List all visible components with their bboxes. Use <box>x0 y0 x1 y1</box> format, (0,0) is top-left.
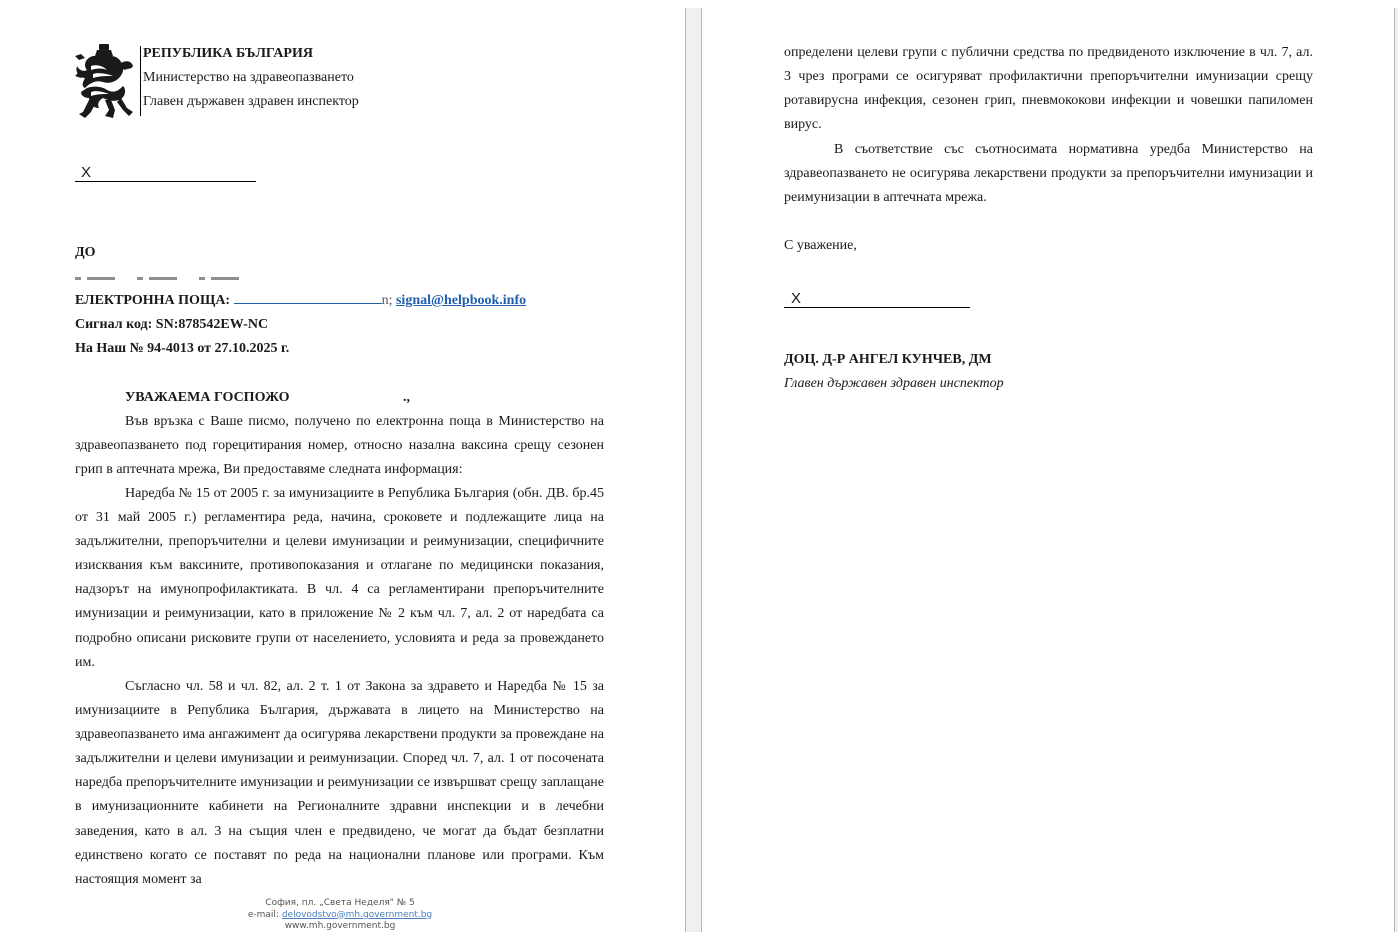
signature-placeholder-mark-2: X <box>791 291 801 307</box>
signal-code: Сигнал код: SN:878542EW-NC <box>75 313 268 337</box>
salutation-tail: ., <box>403 390 410 405</box>
page-footer: София, пл. „Света Неделя" № 5 e-mail: de… <box>200 898 480 932</box>
page-gutter <box>685 8 702 932</box>
letterhead-country: РЕПУБЛИКА БЪЛГАРИЯ <box>143 42 359 66</box>
footer-email-link[interactable]: delovodstvo@mh.government.bg <box>282 910 432 920</box>
redacted-recipient-name <box>75 277 255 280</box>
signature-line-2 <box>784 307 970 308</box>
header-divider <box>140 46 141 116</box>
letterhead-office: Главен държавен здравен инспектор <box>143 90 359 114</box>
letterhead: РЕПУБЛИКА БЪЛГАРИЯ Министерство на здрав… <box>143 42 359 114</box>
letterhead-ministry: Министерство на здравеопазването <box>143 66 359 90</box>
footer-website: www.mh.government.bg <box>200 921 480 932</box>
signature-placeholder-mark: X <box>81 165 91 181</box>
closing: С уважение, <box>784 234 857 258</box>
footer-email-row: e-mail: delovodstvo@mh.government.bg <box>200 910 480 922</box>
signatory-title: Главен държавен здравен инспектор <box>784 372 1004 396</box>
salutation-text: УВАЖАЕМА ГОСПОЖО <box>125 390 293 405</box>
paragraph-regulation: Наредба № 15 от 2005 г. за имунизациите … <box>75 482 604 675</box>
bulgarian-lion-coat-of-arms-icon <box>75 42 135 120</box>
paragraph-conclusion: В съответствие със съотносимата норматив… <box>784 138 1313 210</box>
document-page-1: РЕПУБЛИКА БЪЛГАРИЯ Министерство на здрав… <box>0 0 685 932</box>
signature-line <box>75 181 256 182</box>
redacted-email-tail: n; <box>382 293 393 308</box>
redacted-email-link[interactable] <box>234 291 382 304</box>
recipient-to-label: ДО <box>75 241 96 265</box>
salutation: УВАЖАЕМА ГОСПОЖО ., <box>125 386 410 410</box>
recipient-email-row: ЕЛЕКТРОННА ПОЩА: n; signal@helpbook.info <box>75 289 526 313</box>
footer-address: София, пл. „Света Неделя" № 5 <box>200 898 480 910</box>
email-label: ЕЛЕКТРОННА ПОЩА: <box>75 293 230 308</box>
signatory-name: ДОЦ. Д-Р АНГЕЛ КУНЧЕВ, ДМ <box>784 348 992 372</box>
signal-email-link[interactable]: signal@helpbook.info <box>396 293 526 308</box>
paragraph-law: Съгласно чл. 58 и чл. 82, ал. 2 т. 1 от … <box>75 675 604 892</box>
reference-number: На Наш № 94-4013 от 27.10.2025 г. <box>75 337 289 361</box>
paragraph-continuation: определени целеви групи с публични средс… <box>784 41 1313 137</box>
paragraph-intro: Във връзка с Ваше писмо, получено по еле… <box>75 410 604 482</box>
